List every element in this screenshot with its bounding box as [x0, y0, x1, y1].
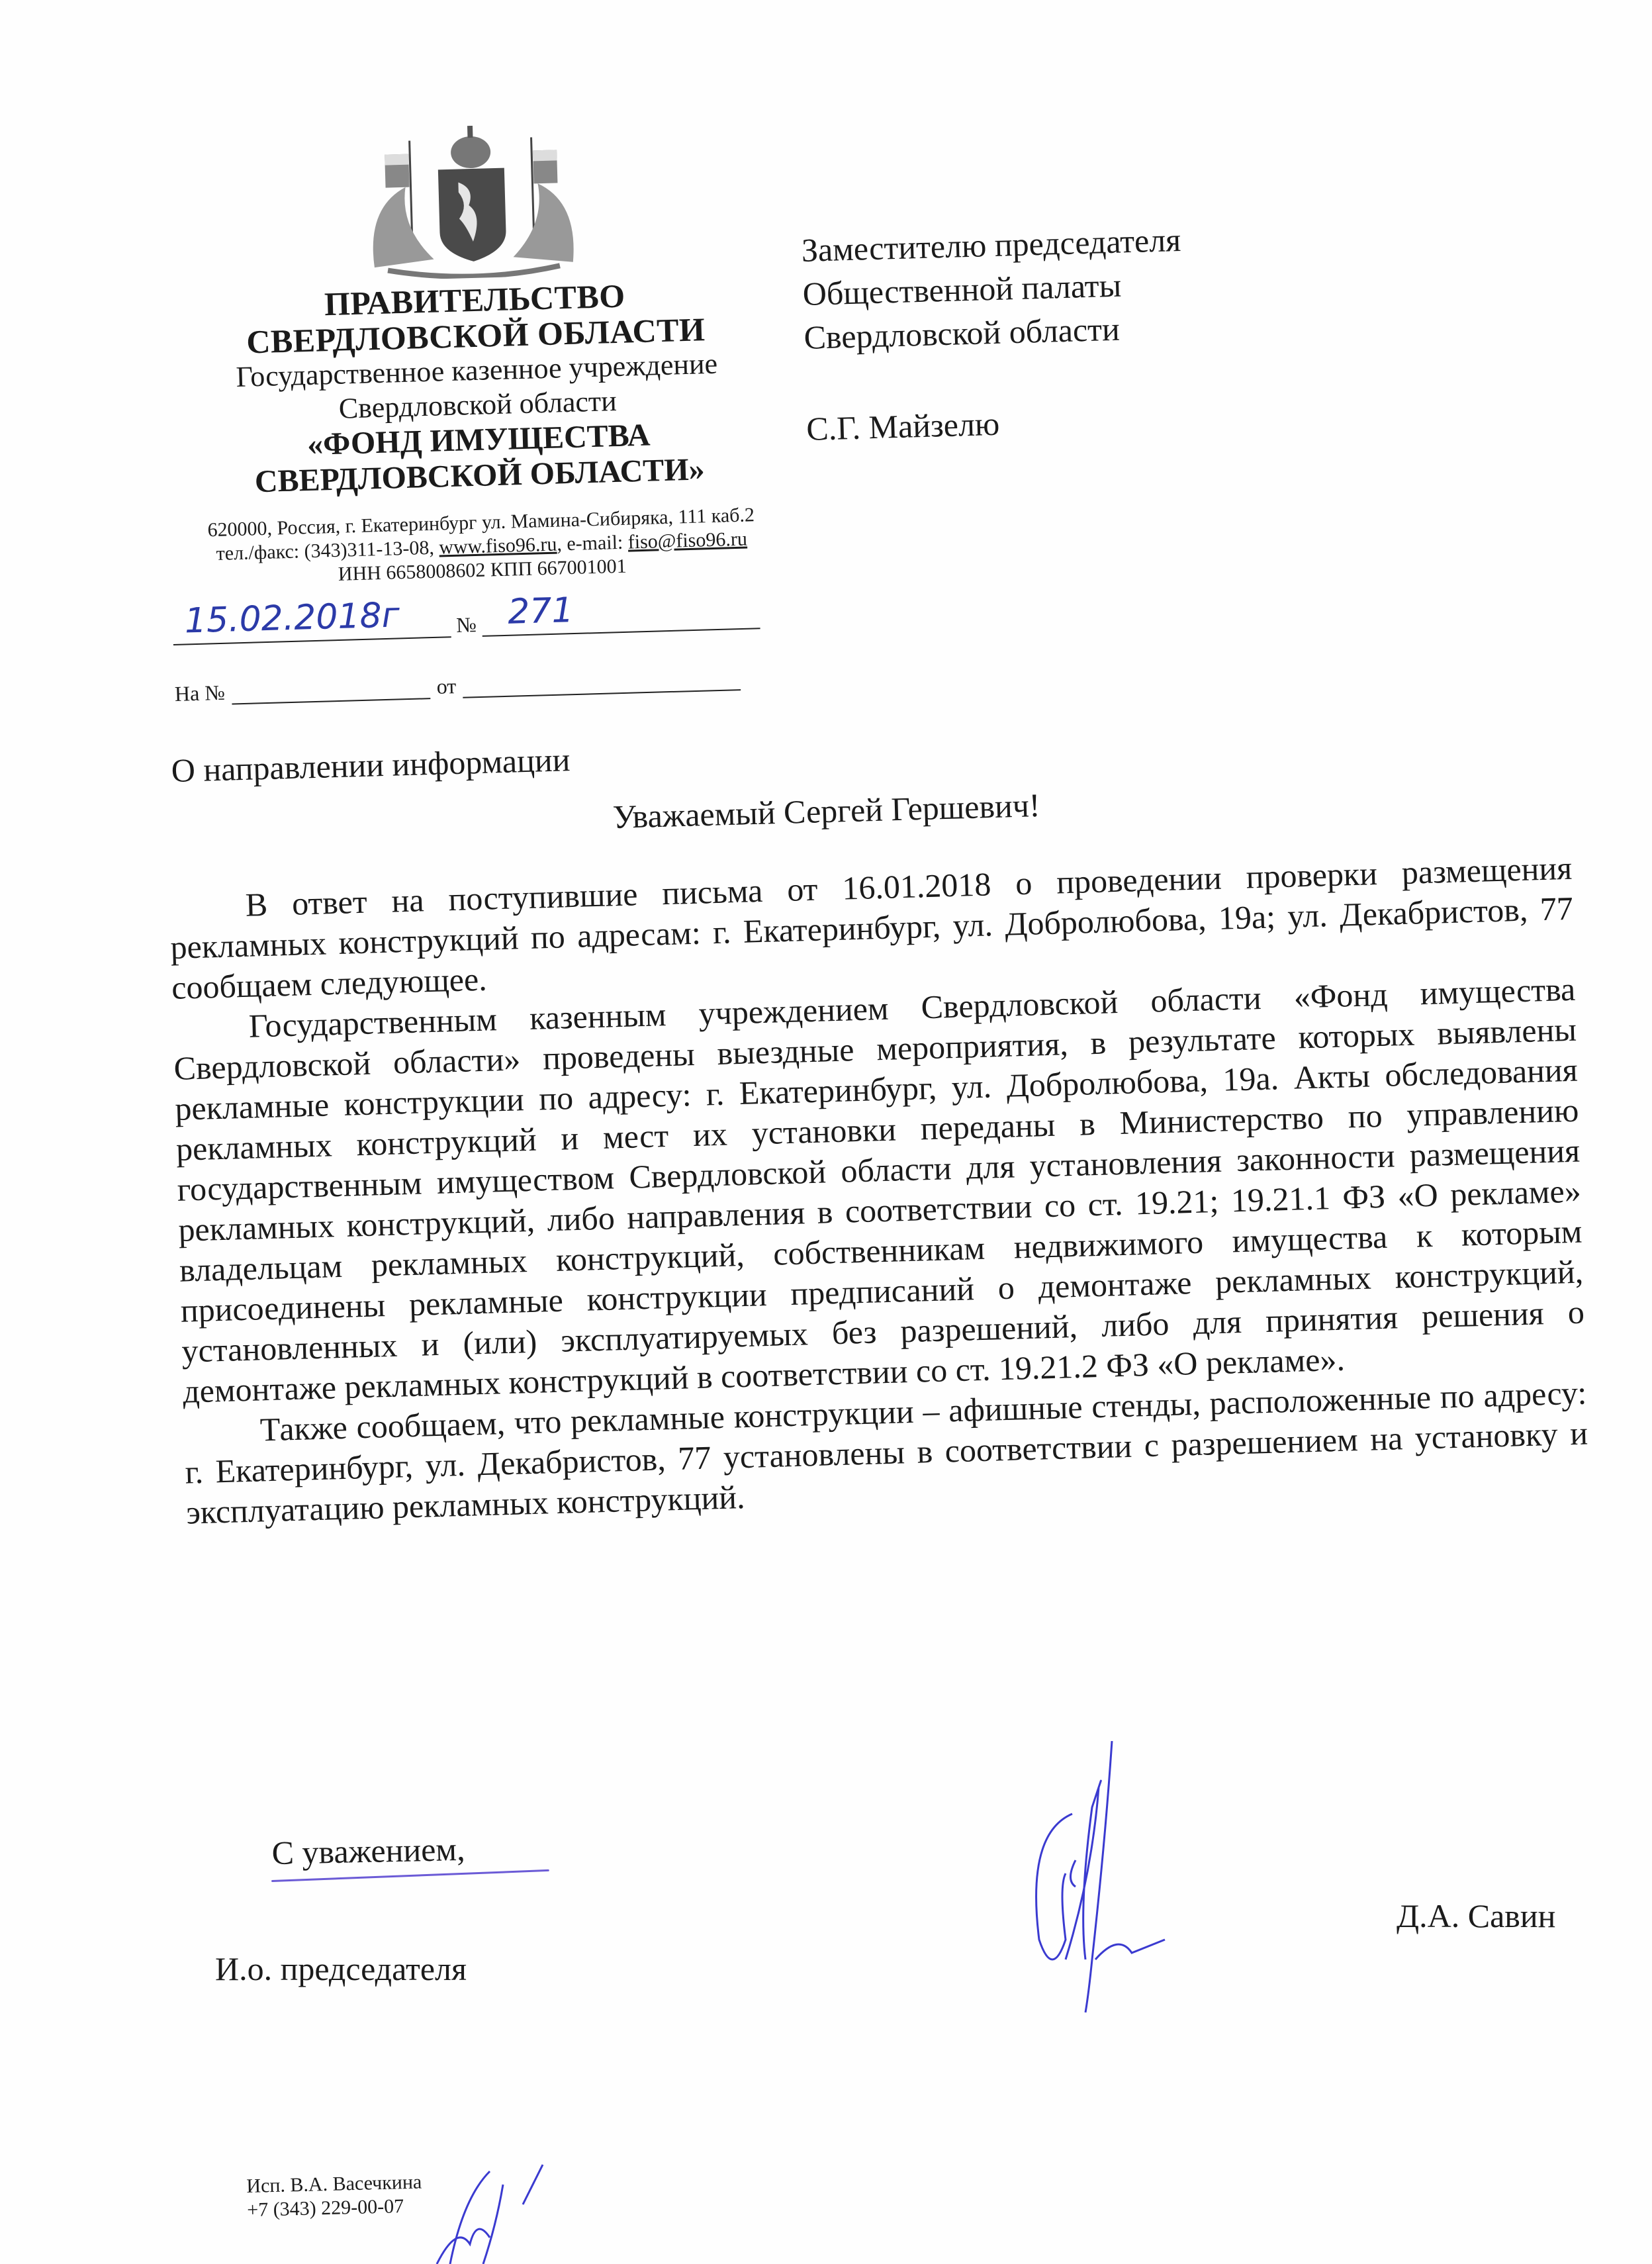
recipient-block: Заместителю председателя Общественной па… [801, 218, 1187, 451]
email-link[interactable]: fiso@fiso96.ru [627, 528, 747, 553]
executor-phone: +7 (343) 229-00-07 [247, 2194, 423, 2222]
signature-icon [1013, 1741, 1185, 2022]
greeting: Уважаемый Сергей Гершевич! [612, 786, 1040, 836]
website-link[interactable]: www.fiso96.ru [439, 534, 557, 559]
handwritten-underline [271, 1869, 549, 1882]
handwritten-date: 15.02.2018г [184, 595, 400, 641]
email-label: , e-mail: [557, 532, 628, 555]
sverdlovsk-coat-of-arms-icon [357, 122, 586, 281]
closing-phrase: С уважением, [271, 1830, 465, 1872]
letterhead: ПРАВИТЕЛЬСТВО СВЕРДЛОВСКОЙ ОБЛАСТИ Госуд… [152, 117, 800, 592]
signatory-position: И.о. председателя [215, 1950, 467, 1988]
letter-body: В ответ на поступившие письма от 16.01.2… [169, 848, 1589, 1533]
letter-subject: О направлении информации [171, 740, 571, 790]
signatory-name: Д.А. Савин [1397, 1897, 1555, 1935]
initials-signature-icon [424, 2158, 569, 2264]
ref-from-label: от [436, 674, 457, 699]
handwritten-number: 271 [507, 590, 574, 632]
contact-block: 620000, Россия, г. Екатеринбург ул. Мами… [163, 502, 800, 591]
ref-date-field [462, 649, 741, 698]
ref-number-field [231, 658, 431, 704]
outgoing-number-field: 271 [481, 588, 760, 637]
letter-page: ПРАВИТЕЛЬСТВО СВЕРДЛОВСКОЙ ОБЛАСТИ Госуд… [0, 0, 1652, 2264]
executor-block: Исп. В.А. Васечкина +7 (343) 229-00-07 [246, 2171, 423, 2222]
recipient-name: С.Г. Майзелю [806, 397, 1187, 451]
registration-block: 15.02.2018г № 271 На № от [172, 582, 784, 706]
body-paragraph-2: Государственным казенным учреждением Све… [172, 969, 1586, 1412]
ref-number-label: На № [174, 681, 225, 706]
number-label: № [456, 612, 477, 637]
outgoing-date-field: 15.02.2018г [172, 596, 451, 645]
